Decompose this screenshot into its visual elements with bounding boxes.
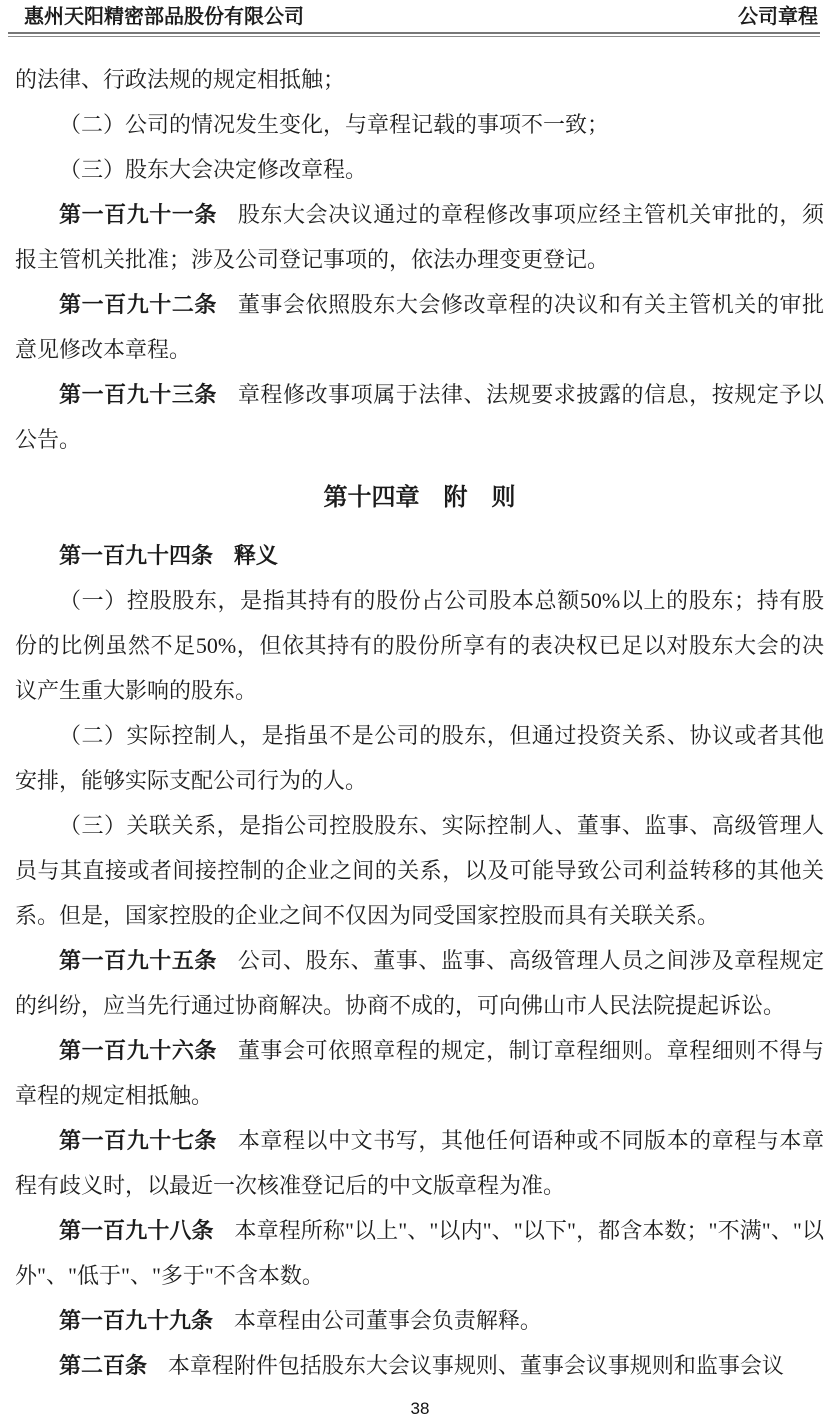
- article-192-label: 第一百九十二条: [59, 292, 217, 317]
- paragraph-text: （三）关联关系，是指公司控股股东、实际控制人、董事、监事、高级管理人员与其直接或…: [15, 813, 824, 928]
- article-194-label: 第一百九十四条: [59, 543, 213, 568]
- article-199-label: 第一百九十九条: [59, 1308, 213, 1333]
- article-196-paragraph: 第一百九十六条董事会可依照章程的规定，制订章程细则。章程细则不得与章程的规定相抵…: [15, 1028, 824, 1118]
- clause-item-2: （二）公司的情况发生变化，与章程记载的事项不一致；: [15, 102, 824, 147]
- paragraph-text: （三）股东大会决定修改章程。: [59, 157, 367, 182]
- article-192-paragraph: 第一百九十二条董事会依照股东大会修改章程的决议和有关主管机关的审批意见修改本章程…: [15, 282, 824, 372]
- definition-item-3: （三）关联关系，是指公司控股股东、实际控制人、董事、监事、高级管理人员与其直接或…: [15, 803, 824, 938]
- document-body: 的法律、行政法规的规定相抵触； （二）公司的情况发生变化，与章程记载的事项不一致…: [0, 37, 840, 1388]
- article-199-paragraph: 第一百九十九条本章程由公司董事会负责解释。: [15, 1298, 824, 1343]
- clause-item-3: （三）股东大会决定修改章程。: [15, 147, 824, 192]
- page-number: 38: [411, 1399, 430, 1418]
- article-198-label: 第一百九十八条: [59, 1218, 214, 1243]
- paragraph-text: 本章程由公司董事会负责解释。: [234, 1308, 542, 1333]
- definition-item-2: （二）实际控制人，是指虽不是公司的股东，但通过投资关系、协议或者其他安排，能够实…: [15, 713, 824, 803]
- header-doc-title: 公司章程: [738, 5, 818, 29]
- article-195-label: 第一百九十五条: [59, 948, 217, 973]
- article-198-paragraph: 第一百九十八条本章程所称"以上"、"以内"、"以下"，都含本数；"不满"、"以外…: [15, 1208, 824, 1298]
- article-200-paragraph: 第二百条本章程附件包括股东大会议事规则、董事会议事规则和监事会议: [15, 1343, 824, 1388]
- article-191-label: 第一百九十一条: [59, 202, 217, 227]
- running-header: 惠州天阳精密部品股份有限公司 公司章程: [0, 0, 840, 29]
- article-195-paragraph: 第一百九十五条公司、股东、董事、监事、高级管理人员之间涉及章程规定的纠纷，应当先…: [15, 938, 824, 1028]
- page-footer: 38: [0, 1399, 840, 1419]
- article-193-paragraph: 第一百九十三条章程修改事项属于法律、法规要求披露的信息，按规定予以公告。: [15, 372, 824, 462]
- chapter-heading: 第十四章 附 则: [15, 476, 824, 521]
- article-200-label: 第二百条: [59, 1353, 147, 1378]
- article-193-label: 第一百九十三条: [59, 382, 217, 407]
- article-194-paragraph: 第一百九十四条释义: [15, 533, 824, 578]
- paragraph-text: 的法律、行政法规的规定相抵触；: [15, 67, 345, 92]
- paragraph-text: 本章程附件包括股东大会议事规则、董事会议事规则和监事会议: [168, 1353, 784, 1378]
- article-191-paragraph: 第一百九十一条股东大会决议通过的章程修改事项应经主管机关审批的，须报主管机关批准…: [15, 192, 824, 282]
- paragraph-text: （二）公司的情况发生变化，与章程记载的事项不一致；: [59, 112, 609, 137]
- header-company-name: 惠州天阳精密部品股份有限公司: [24, 5, 304, 29]
- article-197-paragraph: 第一百九十七条本章程以中文书写，其他任何语种或不同版本的章程与本章程有歧义时，以…: [15, 1118, 824, 1208]
- article-196-label: 第一百九十六条: [59, 1038, 217, 1063]
- document-page: 惠州天阳精密部品股份有限公司 公司章程 的法律、行政法规的规定相抵触； （二）公…: [0, 0, 840, 1427]
- paragraph-text: （一）控股股东，是指其持有的股份占公司股本总额50%以上的股东；持有股份的比例虽…: [15, 588, 824, 703]
- paragraph-text: （二）实际控制人，是指虽不是公司的股东，但通过投资关系、协议或者其他安排，能够实…: [15, 723, 824, 793]
- continuation-paragraph: 的法律、行政法规的规定相抵触；: [15, 57, 824, 102]
- article-197-label: 第一百九十七条: [59, 1128, 217, 1153]
- definition-item-1: （一）控股股东，是指其持有的股份占公司股本总额50%以上的股东；持有股份的比例虽…: [15, 578, 824, 713]
- paragraph-text: 释义: [234, 543, 278, 568]
